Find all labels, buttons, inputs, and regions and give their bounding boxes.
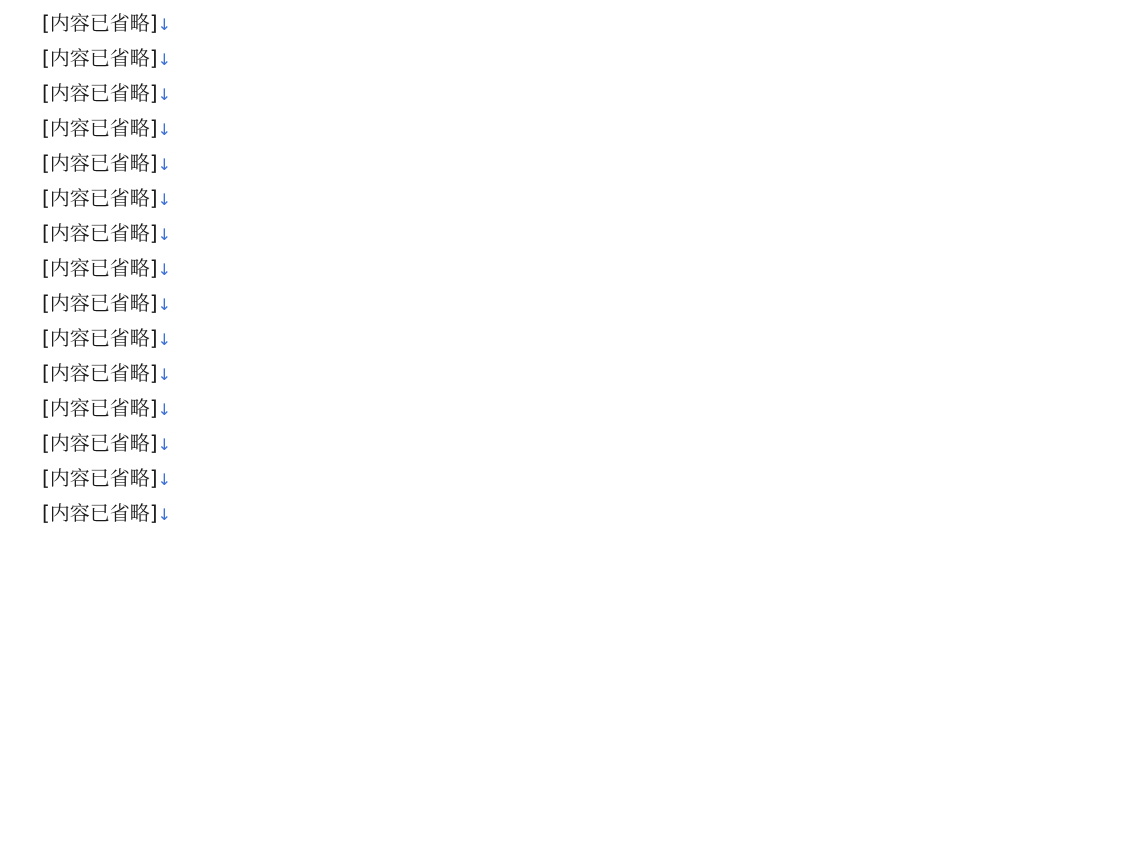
paragraph: [内容已省略]↓ [2, 356, 1140, 391]
paragraph-end-arrow-icon: ↓ [158, 435, 171, 454]
paragraph: [内容已省略]↓ [2, 41, 1140, 76]
paragraph: [内容已省略]↓ [2, 181, 1140, 216]
paragraph: [内容已省略]↓ [2, 426, 1140, 461]
paragraph-end-arrow-icon: ↓ [158, 225, 171, 244]
paragraph: [内容已省略]↓ [2, 251, 1140, 286]
paragraph-end-arrow-icon: ↓ [158, 505, 171, 524]
paragraph-end-arrow-icon: ↓ [158, 85, 171, 104]
novel-text-page: [内容已省略]↓[内容已省略]↓[内容已省略]↓[内容已省略]↓[内容已省略]↓… [0, 0, 1142, 856]
paragraph: [内容已省略]↓ [2, 216, 1140, 251]
paragraph-end-arrow-icon: ↓ [158, 15, 171, 34]
paragraph-end-arrow-icon: ↓ [158, 295, 171, 314]
paragraph-end-arrow-icon: ↓ [158, 470, 171, 489]
paragraph: [内容已省略]↓ [2, 111, 1140, 146]
paragraph: [内容已省略]↓ [2, 6, 1140, 41]
paragraph: [内容已省略]↓ [2, 76, 1140, 111]
paragraph-end-arrow-icon: ↓ [158, 400, 171, 419]
paragraph: [内容已省略]↓ [2, 286, 1140, 321]
paragraph: [内容已省略]↓ [2, 146, 1140, 181]
paragraph: [内容已省略]↓ [2, 391, 1140, 426]
paragraph-end-arrow-icon: ↓ [158, 260, 171, 279]
paragraph-end-arrow-icon: ↓ [158, 365, 171, 384]
paragraph-end-arrow-icon: ↓ [158, 155, 171, 174]
paragraph: [内容已省略]↓ [2, 496, 1140, 531]
paragraph-end-arrow-icon: ↓ [158, 50, 171, 69]
paragraph-end-arrow-icon: ↓ [158, 120, 171, 139]
paragraph-end-arrow-icon: ↓ [158, 330, 171, 349]
paragraph-end-arrow-icon: ↓ [158, 190, 171, 209]
paragraph: [内容已省略]↓ [2, 461, 1140, 496]
paragraph: [内容已省略]↓ [2, 321, 1140, 356]
